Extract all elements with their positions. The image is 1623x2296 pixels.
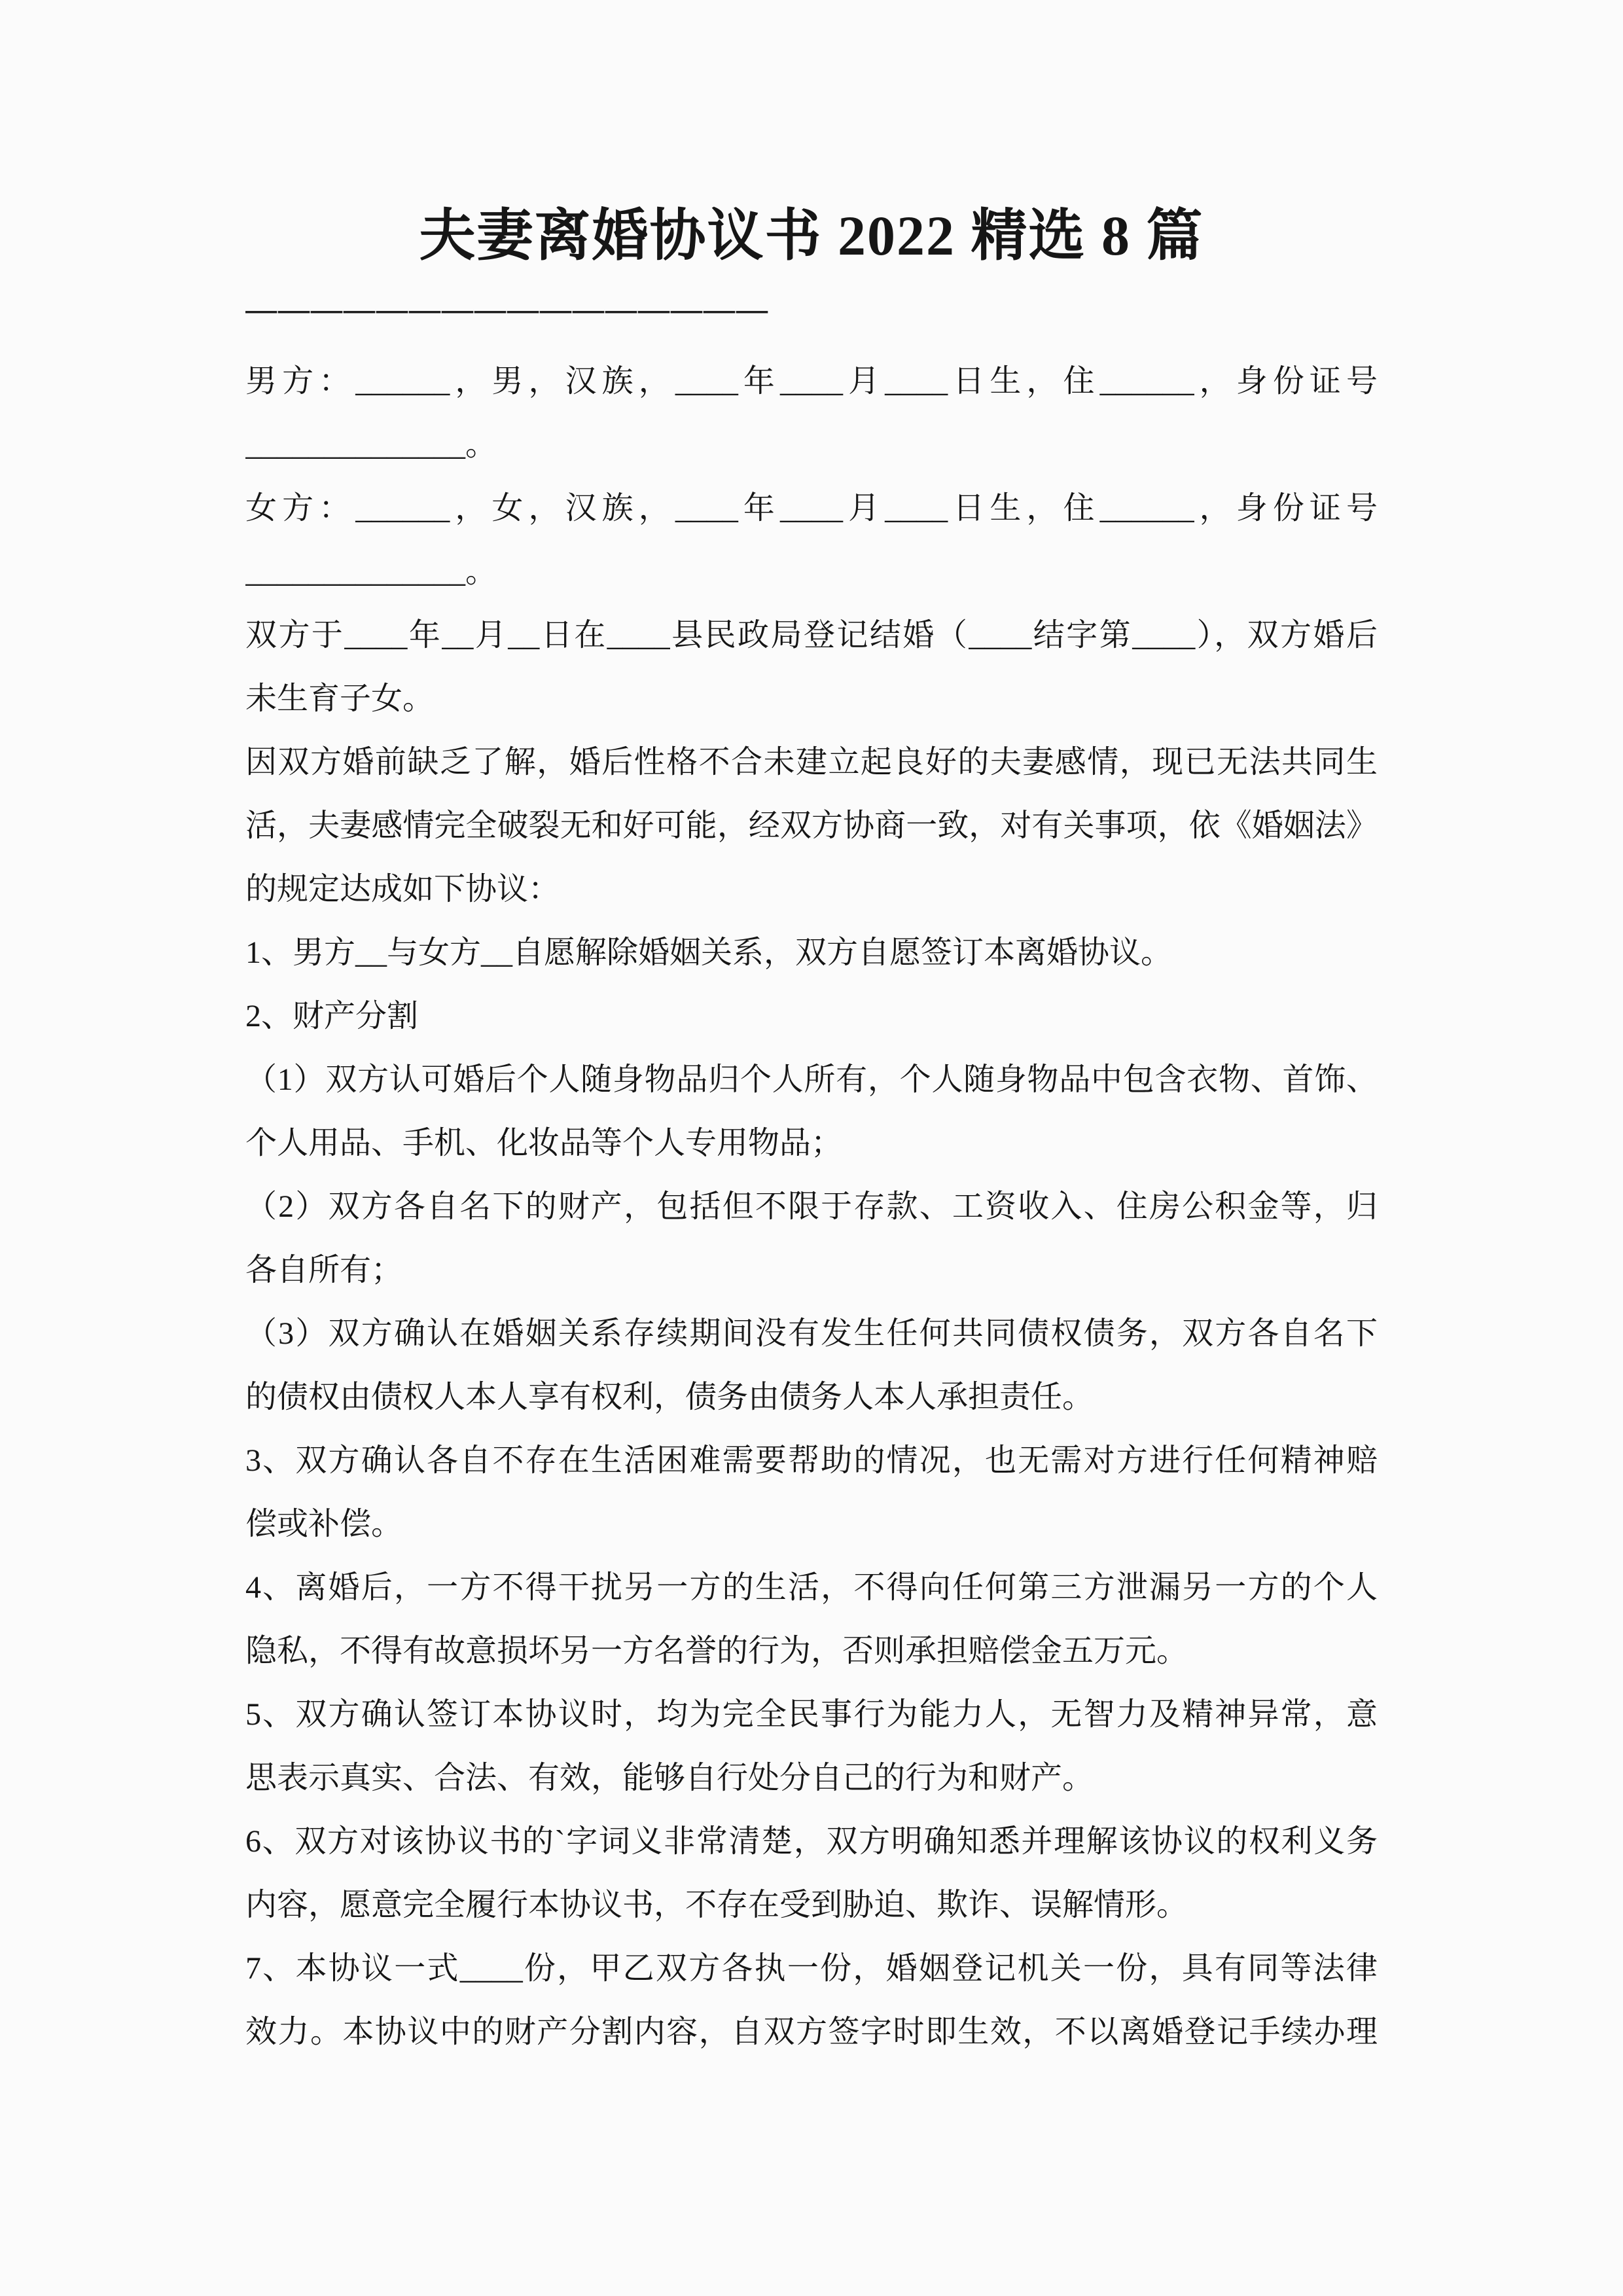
title-separator: ———————————————— <box>245 272 1378 347</box>
document-line: 各自所有； <box>245 1238 1378 1302</box>
document-line: 5、双方确认签订本协议时，均为完全民事行为能力人，无智力及精神异常，意 <box>245 1683 1378 1746</box>
document-line: 双方于____年__月__日在____县民政局登记结婚（____结字第____）… <box>245 603 1378 667</box>
document-line: 偿或补偿。 <box>245 1492 1378 1556</box>
document-line: 活，夫妻感情完全破裂无和好可能，经双方协商一致，对有关事项，依《婚姻法》 <box>245 794 1378 857</box>
document-line: 个人用品、手机、化妆品等个人专用物品； <box>245 1111 1378 1175</box>
document-line: 6、双方对该协议书的`字词义非常清楚，双方明确知悉并理解该协议的权利义务 <box>245 1810 1378 1873</box>
document-line: （2）双方各自名下的财产，包括但不限于存款、工资收入、住房公积金等，归 <box>245 1175 1378 1238</box>
document-line: （1）双方认可婚后个人随身物品归个人所有，个人随身物品中包含衣物、首饰、 <box>245 1048 1378 1111</box>
document-line: 1、男方__与女方__自愿解除婚姻关系，双方自愿签订本离婚协议。 <box>245 921 1378 984</box>
document-line: 思表示真实、合法、有效，能够自行处分自己的行为和财产。 <box>245 1746 1378 1810</box>
document-line: 因双方婚前缺乏了解，婚后性格不合未建立起良好的夫妻感情，现已无法共同生 <box>245 730 1378 794</box>
document-line: 4、离婚后，一方不得干扰另一方的生活，不得向任何第三方泄漏另一方的个人 <box>245 1556 1378 1619</box>
document-line: ______________。 <box>245 413 1378 476</box>
document-line: （3）双方确认在婚姻关系存续期间没有发生任何共同债权债务，双方各自名下 <box>245 1302 1378 1365</box>
document-line: 效力。本协议中的财产分割内容，自双方签字时即生效，不以离婚登记手续办理 <box>245 2000 1378 2064</box>
document-line: 隐私，不得有故意损坏另一方名誉的行为，否则承担赔偿金五万元。 <box>245 1619 1378 1683</box>
document-line: 7、本协议一式____份，甲乙双方各执一份，婚姻登记机关一份，具有同等法律 <box>245 1937 1378 2000</box>
document-title: 夫妻离婚协议书 2022 精选 8 篇 <box>245 200 1378 272</box>
document-page: 夫妻离婚协议书 2022 精选 8 篇 ———————————————— 男方：… <box>0 0 1623 2296</box>
document-line: 未生育子女。 <box>245 667 1378 730</box>
document-body: 男方：______，男，汉族，____年____月____日生，住______，… <box>245 350 1378 2064</box>
document-line: 女方：______，女，汉族，____年____月____日生，住______，… <box>245 476 1378 540</box>
document-line: 的规定达成如下协议： <box>245 857 1378 921</box>
document-line: 2、财产分割 <box>245 984 1378 1048</box>
document-line: ______________。 <box>245 540 1378 603</box>
document-line: 男方：______，男，汉族，____年____月____日生，住______，… <box>245 350 1378 413</box>
document-line: 内容，愿意完全履行本协议书，不存在受到胁迫、欺诈、误解情形。 <box>245 1873 1378 1937</box>
document-line: 3、双方确认各自不存在生活困难需要帮助的情况，也无需对方进行任何精神赔 <box>245 1429 1378 1492</box>
document-line: 的债权由债权人本人享有权利，债务由债务人本人承担责任。 <box>245 1365 1378 1429</box>
